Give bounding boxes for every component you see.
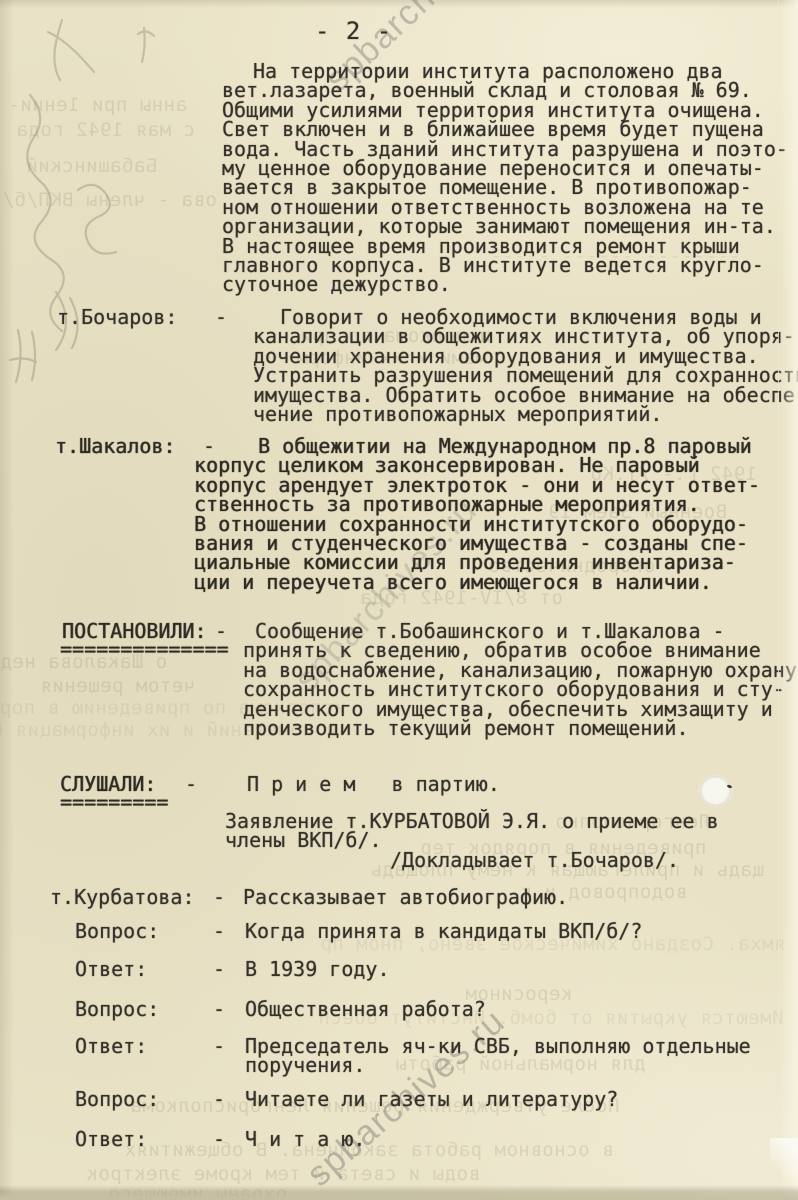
application-statement: Заявление т.КУРБАТОВОЙ Э.Я. о приеме ее … [225,812,719,851]
dash-separator: - [213,1130,225,1149]
qa-question: Общественная работа? [245,1000,486,1019]
speaker-label-kurbatova: т.Курбатова: [50,888,195,907]
question-label: Вопрос: [75,922,159,941]
question-label: Вопрос: [75,1090,159,1109]
qa-answer: Председатель яч-ки СВБ, выполняю отдельн… [245,1037,751,1076]
agenda-heading: П р и е м в партию. [247,775,500,794]
dash-separator: - [215,622,227,641]
text-line: Общественная работа? [245,1000,486,1019]
document-page: анны при 1ении- с мая 1942 года Бабашинс… [0,0,798,1200]
dash-separator: - [213,960,225,979]
speaker-label-bocharov: т.Бочаров: [57,308,177,327]
paper-edge-top [0,0,798,8]
text-line: Рассказывает автобиографию. [243,888,568,907]
bleedthrough-text: четом решения [40,676,195,696]
text-line: Читаете ли газеты и литературу? [245,1090,618,1109]
qa-answer: Рассказывает автобиографию. [243,888,568,907]
speaker-label-shakalov: т.Шакалов: [55,437,175,456]
qa-question: Читаете ли газеты и литературу? [245,1090,618,1109]
paper-edge-bottom [0,1185,798,1200]
paragraph-bocharov: Говорит о необходимости включения воды и… [253,308,798,424]
bleedthrough-text: анны при 1ении- [8,95,187,115]
bleedthrough-text: с мая 1942 года [16,120,195,140]
page-number: - 2 - [315,22,392,41]
answer-label: Ответ: [75,960,147,979]
dash-separator: - [213,1000,225,1019]
dash-separator: - [213,1037,225,1056]
answer-label: Ответ: [75,1130,147,1149]
reporter-note: /Докладывает т.Бочаров/. [390,851,679,870]
dash-separator: - [213,1090,225,1109]
qa-answer: Ч и т а ю. [245,1130,365,1149]
qa-answer: В 1939 году. [245,960,390,979]
dash-separator: - [213,922,225,941]
dash-separator: - [185,775,197,794]
paper-edge-right [778,0,798,1200]
label-underline: ============== [60,640,229,659]
answer-label: Ответ: [75,1037,147,1056]
text-line: чение противопожарных мероприятий. [253,405,798,424]
paragraph-intro: На территории института расположено двав… [222,62,788,295]
text-line: производить текущий ремонт помещений. [243,719,797,738]
bleedthrough-text: воды и света и тем кроме электрок [86,1164,480,1184]
bleedthrough-text: Бабашинский [26,156,157,176]
question-label: Вопрос: [75,1000,159,1019]
paper-edge-left [0,0,14,1200]
qa-question: Когда принята в кандидаты ВКП/б/? [245,922,642,941]
text-line: Когда принята в кандидаты ВКП/б/? [245,922,642,941]
text-line: Ч и т а ю. [245,1130,365,1149]
paragraph-postanovili: Сообщение т.Бобашинского и т.Шакалова -п… [243,622,797,738]
paper-corner-bottom-right [770,1138,798,1200]
dash-separator: - [215,308,227,327]
text-line: В 1939 году. [245,960,390,979]
text-line: суточное дежурство. [222,275,788,294]
paragraph-shakalov: В общежитии на Международном пр.8 паровы… [194,437,760,592]
label-underline: ========= [60,793,168,812]
dash-separator: - [213,888,225,907]
bleedthrough-text: ова - члены ВКП/б/ [2,190,217,210]
hole-punch [700,776,731,806]
text-line: поручения. [245,1056,751,1075]
text-line: ции и переучета всего имеющегося в налич… [194,573,760,592]
